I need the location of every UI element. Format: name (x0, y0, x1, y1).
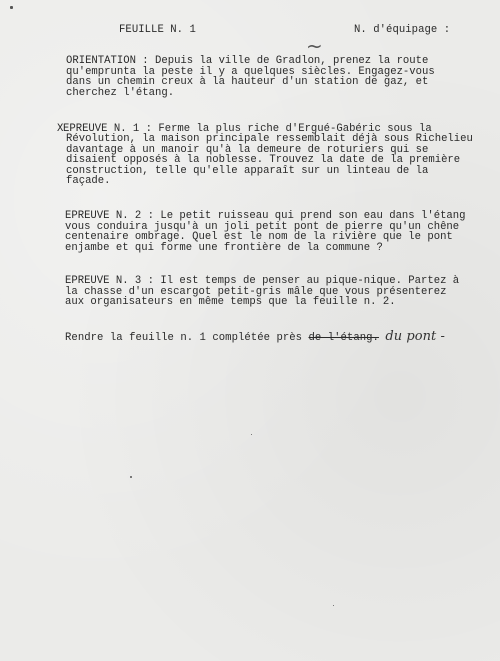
sheet-title: FEUILLE N. 1 (119, 25, 196, 36)
paper-speck (333, 605, 334, 606)
text-line: aux organisateurs en même temps que la f… (65, 297, 459, 308)
paper-speck (251, 434, 252, 435)
text-line: cherchez l'étang. (66, 88, 435, 99)
team-number-label: N. d'équipage : (354, 25, 450, 36)
text-line: Révolution, la maison principale ressemb… (66, 134, 473, 145)
struck-text: de l'étang. (308, 332, 378, 344)
return-instruction: Rendre la feuille n. 1 complétée près de… (65, 332, 445, 344)
orientation-paragraph: ORIENTATION : Depuis la ville de Gradlon… (66, 56, 435, 98)
text-line: EPREUVE N. 2 : Le petit ruisseau qui pre… (65, 211, 466, 222)
paper-speck (130, 476, 132, 478)
text-line: construction, telle qu'elle apparaît sur… (66, 166, 473, 177)
text-line: EPREUVE N. 3 : Il est temps de penser au… (65, 276, 459, 287)
text-line: enjambe et qui forme une frontière de la… (65, 243, 466, 254)
epreuve-2-paragraph: EPREUVE N. 2 : Le petit ruisseau qui pre… (65, 211, 466, 253)
instruction-text: Rendre la feuille n. 1 complétée près (65, 332, 308, 344)
text-line: façade. (66, 176, 473, 187)
paper-speck (10, 6, 13, 9)
handwritten-correction: du pont - (385, 329, 445, 344)
epreuve-1-paragraph-cont: Révolution, la maison principale ressemb… (66, 134, 473, 187)
epreuve-3-paragraph: EPREUVE N. 3 : Il est temps de penser au… (65, 276, 459, 308)
scanned-page: ~ FEUILLE N. 1 N. d'équipage : ORIENTATI… (0, 0, 500, 661)
text-line: ORIENTATION : Depuis la ville de Gradlon… (66, 56, 435, 67)
